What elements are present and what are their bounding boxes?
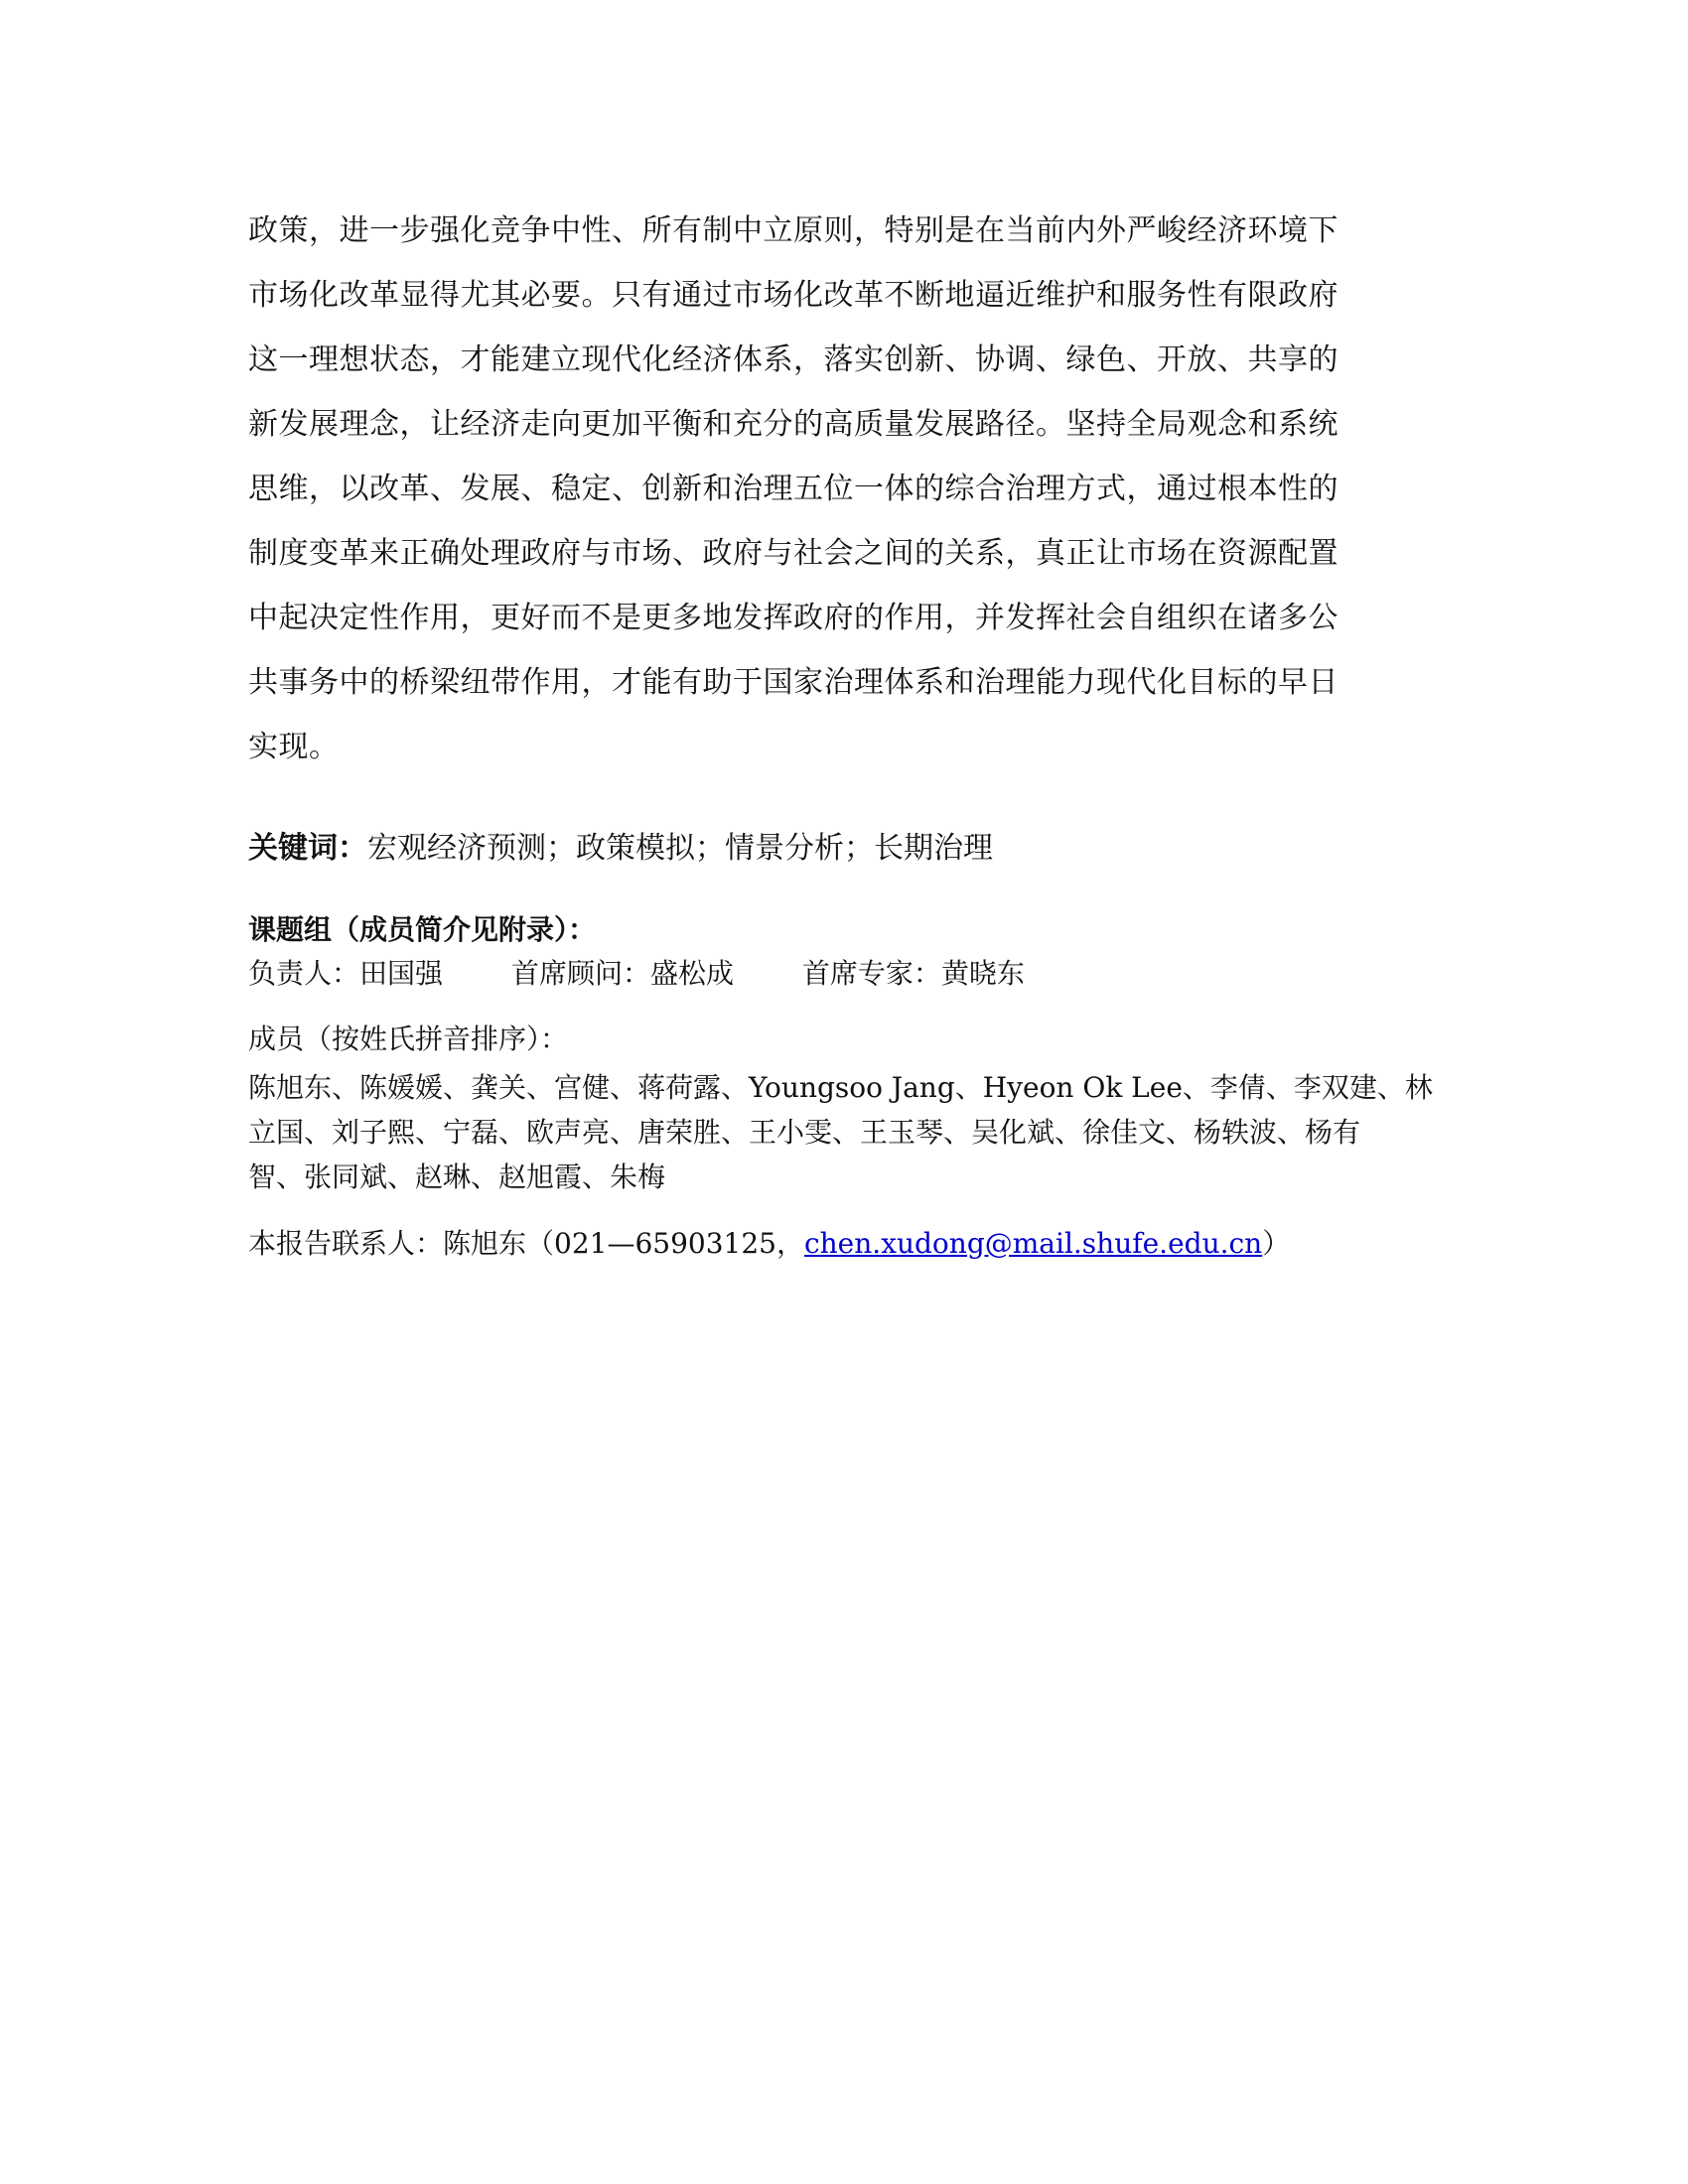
- research-group-heading: 课题组（成员简介见附录）：: [248, 911, 596, 949]
- keywords-label: 关键词：: [248, 831, 367, 866]
- members-line: 陈旭东、陈媛媛、龚关、宫健、蒋荷露、Youngsoo Jang、Hyeon Ok…: [248, 1065, 1440, 1110]
- report-contact: 本报告联系人：陈旭东（021—65903125，chen.xudong@mail…: [248, 1225, 1290, 1263]
- leader-chief-expert: 首席专家：黄晓东: [802, 955, 1025, 993]
- leader-role: 负责人：: [248, 957, 359, 990]
- members-list: 陈旭东、陈媛媛、龚关、宫健、蒋荷露、Youngsoo Jang、Hyeon Ok…: [248, 1065, 1440, 1199]
- research-group-leaders: 负责人：田国强 首席顾问：盛松成 首席专家：黄晓东: [248, 955, 1025, 993]
- abstract-line: 新发展理念，让经济走向更加平衡和充分的高质量发展路径。坚持全局观念和系统: [248, 392, 1440, 457]
- leader-name: 黄晓东: [941, 957, 1025, 990]
- contact-prefix: 本报告联系人：陈旭东（021—65903125，: [248, 1227, 804, 1260]
- leader-principal: 负责人：田国强: [248, 955, 443, 993]
- members-line: 智、张同斌、赵琳、赵旭霞、朱梅: [248, 1155, 1440, 1199]
- leader-name: 田国强: [359, 957, 443, 990]
- leader-role: 首席顾问：: [511, 957, 650, 990]
- leader-role: 首席专家：: [802, 957, 941, 990]
- abstract-line: 制度变革来正确处理政府与市场、政府与社会之间的关系，真正让市场在资源配置: [248, 521, 1440, 586]
- abstract-paragraph: 政策，进一步强化竞争中性、所有制中立原则，特别是在当前内外严峻经济环境下 市场化…: [248, 199, 1440, 779]
- keywords-value: 宏观经济预测；政策模拟；情景分析；长期治理: [367, 831, 993, 866]
- members-label: 成员（按姓氏拼音排序）：: [248, 1021, 568, 1058]
- abstract-line: 这一理想状态，才能建立现代化经济体系，落实创新、协调、绿色、开放、共享的: [248, 328, 1440, 392]
- abstract-line: 市场化改革显得尤其必要。只有通过市场化改革不断地逼近维护和服务性有限政府: [248, 263, 1440, 328]
- abstract-line: 实现。: [248, 715, 1440, 779]
- keywords: 关键词：宏观经济预测；政策模拟；情景分析；长期治理: [248, 829, 993, 869]
- abstract-line: 共事务中的桥梁纽带作用，才能有助于国家治理体系和治理能力现代化目标的早日: [248, 650, 1440, 715]
- leader-chief-advisor: 首席顾问：盛松成: [511, 955, 734, 993]
- contact-email-link[interactable]: chen.xudong@mail.shufe.edu.cn: [804, 1227, 1262, 1260]
- abstract-line: 中起决定性作用，更好而不是更多地发挥政府的作用，并发挥社会自组织在诸多公: [248, 586, 1440, 650]
- contact-suffix: ）: [1262, 1227, 1290, 1260]
- abstract-line: 政策，进一步强化竞争中性、所有制中立原则，特别是在当前内外严峻经济环境下: [248, 199, 1440, 263]
- members-line: 立国、刘子熙、宁磊、欧声亮、唐荣胜、王小雯、王玉琴、吴化斌、徐佳文、杨轶波、杨有: [248, 1110, 1440, 1155]
- document-page: 政策，进一步强化竞争中性、所有制中立原则，特别是在当前内外严峻经济环境下 市场化…: [248, 199, 1440, 779]
- leader-name: 盛松成: [650, 957, 734, 990]
- abstract-line: 思维，以改革、发展、稳定、创新和治理五位一体的综合治理方式，通过根本性的: [248, 457, 1440, 521]
